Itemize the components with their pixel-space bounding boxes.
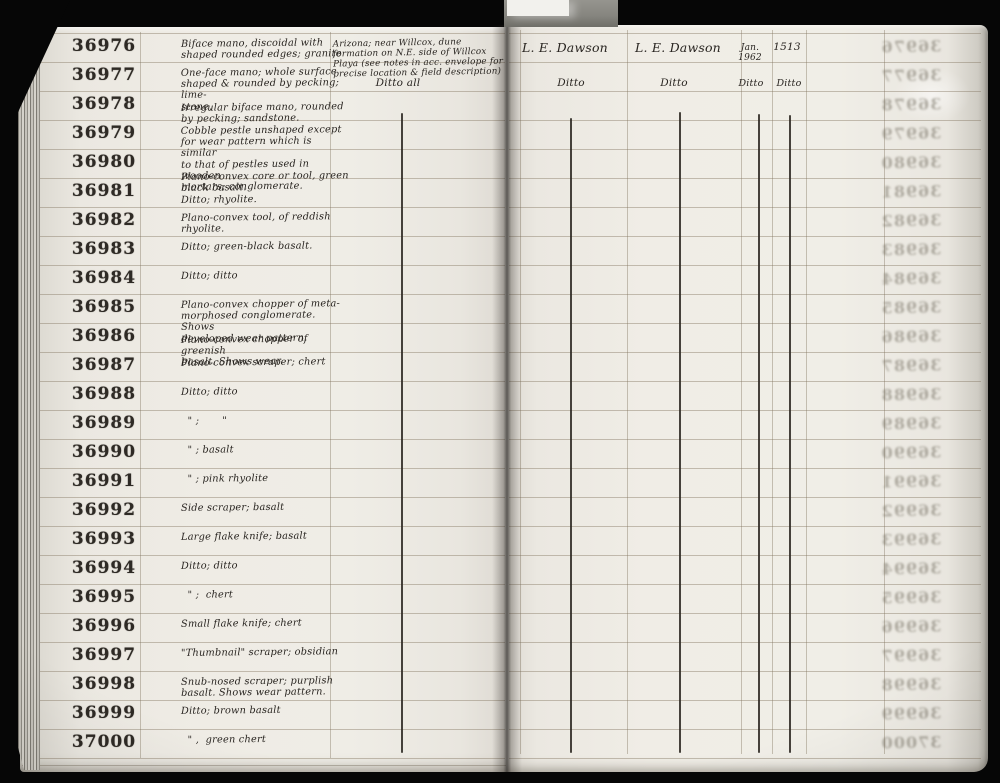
catalog-number: 36977 xyxy=(60,66,148,84)
catalog-number: 36979 xyxy=(60,124,148,142)
ruled-line xyxy=(509,584,981,585)
locality-ditto: Ditto all xyxy=(352,77,444,89)
collector-name: L. E. Dawson xyxy=(630,40,726,55)
catalog-number: 36996 xyxy=(60,617,148,635)
ghost-number: 36985 xyxy=(872,298,950,317)
entry-description: " ; basalt xyxy=(181,443,349,456)
catalog-number: 36976 xyxy=(60,37,148,55)
catalog-number: 36993 xyxy=(60,530,148,548)
entry-description: Irregular biface mano, rounded by peckin… xyxy=(181,101,349,125)
catalog-number: 36983 xyxy=(60,240,148,258)
column-rule-date xyxy=(772,30,773,754)
ledger-scan: 3697636977369783697936980369813698236983… xyxy=(0,0,1000,783)
catalog-number: 36997 xyxy=(60,646,148,664)
ruled-line xyxy=(509,729,981,730)
ghost-number: 36991 xyxy=(872,472,950,491)
locality-note: Arizona; near Willcox, dune formation on… xyxy=(333,37,506,80)
bookmark-tab xyxy=(504,0,618,27)
ruled-line xyxy=(40,758,505,759)
ruled-line xyxy=(40,555,505,556)
ghost-number: 36988 xyxy=(872,385,950,404)
bookmark-tab-highlight xyxy=(507,0,569,16)
ghost-number: 36993 xyxy=(872,530,950,549)
accession-number: 1513 xyxy=(768,41,806,53)
ruled-line xyxy=(40,642,505,643)
ruled-line xyxy=(509,410,981,411)
ruled-line xyxy=(40,410,505,411)
entry-description: Ditto; brown basalt xyxy=(181,704,349,717)
ghost-number: 36995 xyxy=(872,588,950,607)
ghost-number: 36997 xyxy=(872,646,950,665)
ink-ditto-line xyxy=(758,114,760,753)
ruled-line xyxy=(40,207,505,208)
ruled-line xyxy=(40,439,505,440)
column-rule-accession xyxy=(806,30,807,754)
ruled-line xyxy=(509,526,981,527)
ruled-line xyxy=(509,555,981,556)
catalog-number: 36995 xyxy=(60,588,148,606)
ruled-line xyxy=(40,497,505,498)
ruled-line xyxy=(40,671,505,672)
ruled-line xyxy=(509,439,981,440)
ruled-line xyxy=(509,468,981,469)
catalog-number: 36988 xyxy=(60,385,148,403)
ghost-number: 36986 xyxy=(872,327,950,346)
catalog-number: 36978 xyxy=(60,95,148,113)
ruled-line xyxy=(40,700,505,701)
entry-description: " ; " xyxy=(181,414,349,427)
entry-description: Small flake knife; chert xyxy=(181,617,349,630)
entry-description: " , green chert xyxy=(181,733,349,746)
entry-description: Ditto; green-black basalt. xyxy=(181,240,349,253)
entry-description: Ditto; ditto xyxy=(181,385,349,398)
date-value: Jan. 1962 xyxy=(728,43,772,63)
entry-description: Side scraper; basalt xyxy=(181,501,349,514)
entry-description: Plano-convex core or tool, green black b… xyxy=(181,170,349,194)
entry-description: " ; pink rhyolite xyxy=(181,472,349,485)
ruled-line xyxy=(40,584,505,585)
ghost-number: 36999 xyxy=(872,704,950,723)
entry-description: Ditto; ditto xyxy=(181,559,349,572)
entry-description: Ditto; ditto xyxy=(181,269,349,282)
catalog-number: 36990 xyxy=(60,443,148,461)
catalog-number: 36982 xyxy=(60,211,148,229)
ghost-number: 36981 xyxy=(872,182,950,201)
column-rule-right-margin xyxy=(520,30,521,754)
ink-ditto-line xyxy=(679,112,681,753)
ghost-number: 36998 xyxy=(872,675,950,694)
ruled-line xyxy=(509,207,981,208)
ghost-number: 36977 xyxy=(872,66,950,85)
ghost-number: 36989 xyxy=(872,414,950,433)
ruled-line xyxy=(40,613,505,614)
catalog-number: 37000 xyxy=(60,733,148,751)
ruled-line xyxy=(40,729,505,730)
ruled-line xyxy=(509,381,981,382)
ghost-number: 36996 xyxy=(872,617,950,636)
ruled-line xyxy=(509,236,981,237)
ink-ditto-line xyxy=(789,115,791,753)
ruled-line xyxy=(40,236,505,237)
catalog-number: 36991 xyxy=(60,472,148,490)
catalog-number: 36981 xyxy=(60,182,148,200)
ghost-number: 36992 xyxy=(872,501,950,520)
ghost-number: 36980 xyxy=(872,153,950,172)
ghost-number: 36984 xyxy=(872,269,950,288)
catalog-number: 36984 xyxy=(60,269,148,287)
catalog-number: 36998 xyxy=(60,675,148,693)
catalog-number: 36980 xyxy=(60,153,148,171)
catalog-number: 36986 xyxy=(60,327,148,345)
ruled-line xyxy=(509,294,981,295)
page-bottom-edge-line xyxy=(22,765,506,766)
ruled-line xyxy=(40,33,505,34)
ghost-number: 36978 xyxy=(872,95,950,114)
donor-name: L. E. Dawson xyxy=(514,40,616,55)
ghost-number: 37000 xyxy=(872,733,950,752)
ruled-line xyxy=(509,149,981,150)
accession-ditto: Ditto xyxy=(769,78,809,89)
ruled-line xyxy=(40,381,505,382)
column-rule-donor xyxy=(627,30,628,754)
ruled-line xyxy=(509,178,981,179)
ruled-line xyxy=(40,294,505,295)
ruled-line xyxy=(509,33,981,34)
ruled-line xyxy=(509,671,981,672)
ruled-line xyxy=(509,120,981,121)
ghost-number: 36983 xyxy=(872,240,950,259)
ink-ditto-line xyxy=(401,113,403,753)
ghost-number: 36979 xyxy=(872,124,950,143)
ruled-line xyxy=(509,700,981,701)
ruled-line xyxy=(509,497,981,498)
entry-description: Biface mano, discoidal with shaped round… xyxy=(181,37,349,61)
ruled-line xyxy=(509,352,981,353)
catalog-number: 36985 xyxy=(60,298,148,316)
column-rule-collector xyxy=(741,30,742,754)
date-ditto: Ditto xyxy=(733,78,769,89)
donor-ditto: Ditto xyxy=(540,77,602,89)
ruled-line xyxy=(509,613,981,614)
ruled-line xyxy=(509,642,981,643)
ruled-line xyxy=(509,323,981,324)
ruled-line xyxy=(40,468,505,469)
ghost-number: 36987 xyxy=(872,356,950,375)
entry-description: "Thumbnail" scraper; obsidian xyxy=(181,646,349,659)
ruled-line xyxy=(509,265,981,266)
ruled-line xyxy=(509,758,981,759)
catalog-number: 36992 xyxy=(60,501,148,519)
entry-description: Snub-nosed scraper; purplish basalt. Sho… xyxy=(181,675,349,699)
ghost-number: 36982 xyxy=(872,211,950,230)
entry-description: " ; chert xyxy=(181,588,349,601)
catalog-number: 36987 xyxy=(60,356,148,374)
collector-ditto: Ditto xyxy=(645,77,703,89)
ruled-line xyxy=(509,91,981,92)
ruled-line xyxy=(40,265,505,266)
entry-description: Ditto; rhyolite. xyxy=(181,193,349,206)
ink-ditto-line xyxy=(570,118,572,753)
entry-description: Plano-convex tool, of reddish rhyolite. xyxy=(181,211,349,235)
entry-description: Plano-convex scraper; chert xyxy=(181,356,349,369)
catalog-number: 36999 xyxy=(60,704,148,722)
catalog-number: 36994 xyxy=(60,559,148,577)
ghost-number: 36976 xyxy=(872,37,950,56)
catalog-number: 36989 xyxy=(60,414,148,432)
ruled-line xyxy=(40,526,505,527)
ghost-number: 36990 xyxy=(872,443,950,462)
ghost-number: 36994 xyxy=(872,559,950,578)
book-fore-edge xyxy=(18,30,40,770)
entry-description: Large flake knife; basalt xyxy=(181,530,349,543)
